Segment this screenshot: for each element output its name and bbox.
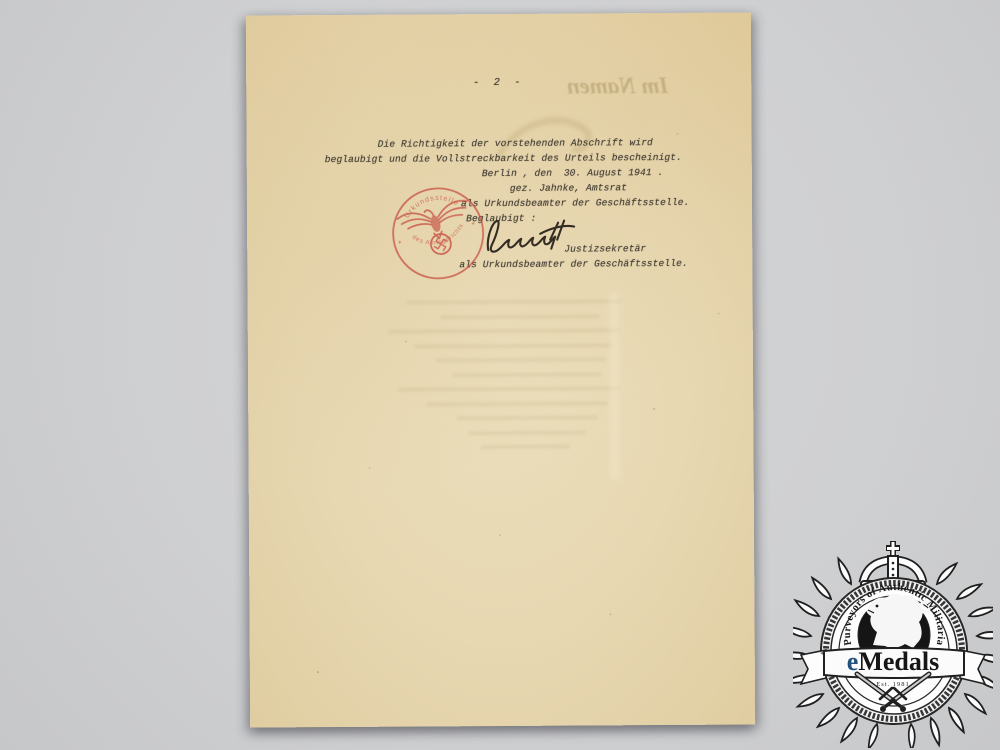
established-text: Est. 1981 xyxy=(876,681,910,688)
brand-rest: Medals xyxy=(858,647,939,676)
ghost-bleed-lines xyxy=(368,299,639,460)
cert-line-1: Die Richtigkeit der vorstehenden Abschri… xyxy=(378,137,653,150)
photo-background: Im Namen - 2 - Die Richtigkeit der vorst… xyxy=(0,0,1000,750)
signature xyxy=(478,210,580,263)
cert-line-5-clerk: als Urkundsbeamter der Geschäftsstelle. xyxy=(461,197,690,209)
page-number: - 2 - xyxy=(246,76,751,90)
paper-streak xyxy=(610,293,620,479)
stamp-right-star: * xyxy=(471,220,476,229)
cert-line-3-dateline: Berlin , den 30. August 1941 . xyxy=(482,167,664,179)
emedals-watermark: Purveyors of Authentic Militaria eMedals… xyxy=(793,536,993,748)
brand-text: eMedals xyxy=(847,647,939,676)
cert-line-2: beglaubigt und die Vollstreckbarkeit des… xyxy=(325,152,682,165)
cert-line-4-signed-by: gez. Jahnke, Amtsrat xyxy=(510,182,627,194)
notary-stamp: Urkundsstelle des Amtsgerichts * * xyxy=(388,183,489,284)
paper-foxing-specks xyxy=(246,16,248,18)
stamp-left-star: * xyxy=(397,239,402,248)
document-paper: Im Namen - 2 - Die Richtigkeit der vorst… xyxy=(246,12,755,727)
